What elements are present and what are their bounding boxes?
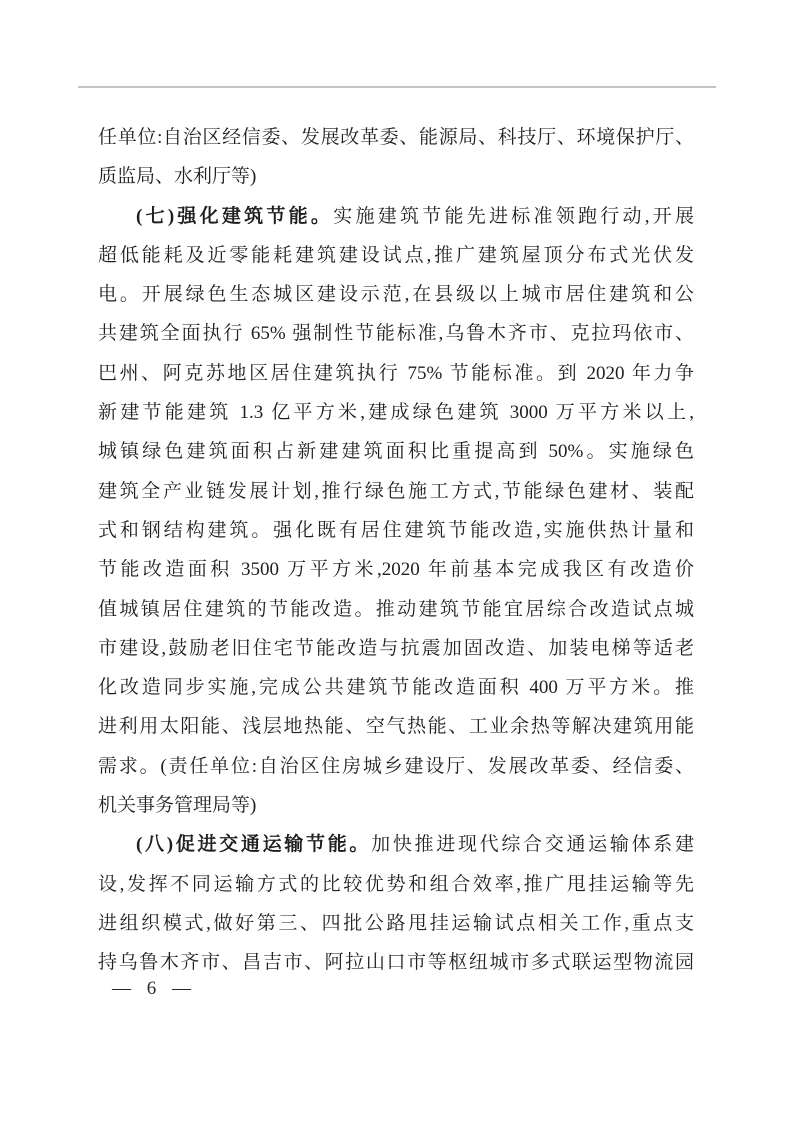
body-line: 质监局、水利厅等) (98, 157, 694, 196)
body-line: 市建设,鼓励老旧住宅节能改造与抗震加固改造、加装电梯等适老 (98, 629, 694, 668)
body-line: 需求。(责任单位:自治区住房城乡建设厅、发展改革委、经信委、 (98, 747, 694, 786)
document-page: 任单位:自治区经信委、发展改革委、能源局、科技厅、环境保护厅、 质监局、水利厅等… (0, 0, 793, 1122)
page-number: — 6 — (112, 978, 192, 999)
body-line: 超低能耗及近零能耗建筑建设试点,推广建筑屋顶分布式光伏发 (98, 236, 694, 275)
section-7-first-line: (七)强化建筑节能。实施建筑节能先进标准领跑行动,开展 (98, 197, 694, 236)
body-line: 新建节能建筑 1.3 亿平方米,建成绿色建筑 3000 万平方米以上, (98, 393, 694, 432)
header-rule (78, 86, 716, 88)
section-8-heading: (八)促进交通运输节能。 (136, 834, 371, 855)
body-line-text: 加快推进现代综合交通运输体系建 (371, 834, 694, 855)
body-line: 节能改造面积 3500 万平方米,2020 年前基本完成我区有改造价 (98, 550, 694, 589)
body-line-text: 实施建筑节能先进标准领跑行动,开展 (333, 206, 694, 227)
section-7-heading: (七)强化建筑节能。 (136, 206, 333, 227)
body-line: 值城镇居住建筑的节能改造。推动建筑节能宜居综合改造试点城 (98, 590, 694, 629)
body-line: 化改造同步实施,完成公共建筑节能改造面积 400 万平方米。推 (98, 668, 694, 707)
body-line: 式和钢结构建筑。强化既有居住建筑节能改造,实施供热计量和 (98, 511, 694, 550)
document-body: 任单位:自治区经信委、发展改革委、能源局、科技厅、环境保护厅、 质监局、水利厅等… (98, 118, 694, 983)
body-line: 共建筑全面执行 65% 强制性节能标准,乌鲁木齐市、克拉玛依市、 (98, 314, 694, 353)
body-line: 任单位:自治区经信委、发展改革委、能源局、科技厅、环境保护厅、 (98, 118, 694, 157)
body-line: 城镇绿色建筑面积占新建建筑面积比重提高到 50%。实施绿色 (98, 432, 694, 471)
body-line: 巴州、阿克苏地区居住建筑执行 75% 节能标准。到 2020 年力争 (98, 354, 694, 393)
body-line: 电。开展绿色生态城区建设示范,在县级以上城市居住建筑和公 (98, 275, 694, 314)
body-line: 机关事务管理局等) (98, 786, 694, 825)
body-line: 建筑全产业链发展计划,推行绿色施工方式,节能绿色建材、装配 (98, 472, 694, 511)
body-line: 进组织模式,做好第三、四批公路甩挂运输试点相关工作,重点支 (98, 904, 694, 943)
body-line: 进利用太阳能、浅层地热能、空气热能、工业余热等解决建筑用能 (98, 707, 694, 746)
section-8-first-line: (八)促进交通运输节能。加快推进现代综合交通运输体系建 (98, 825, 694, 864)
page-footer: — 6 — (112, 976, 192, 1002)
body-line: 设,发挥不同运输方式的比较优势和组合效率,推广甩挂运输等先 (98, 865, 694, 904)
